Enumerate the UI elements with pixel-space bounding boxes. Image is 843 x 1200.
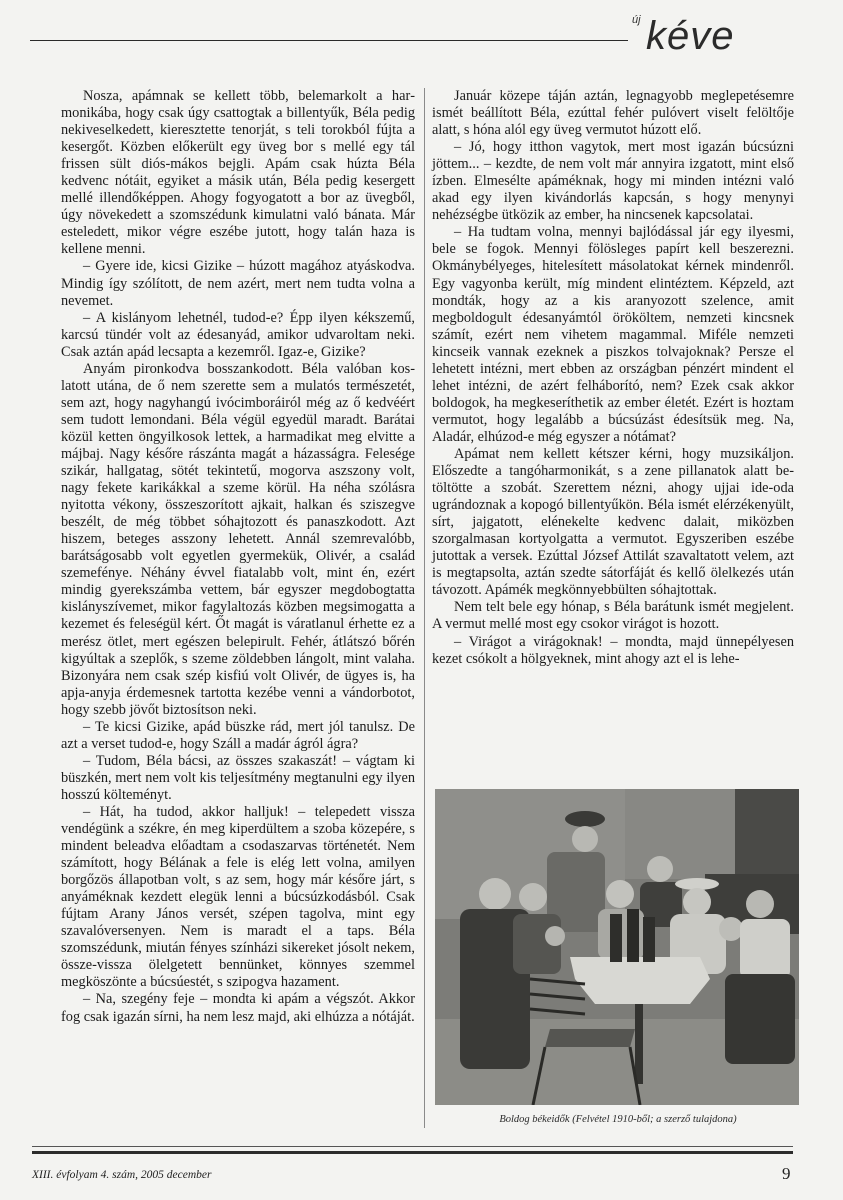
column-divider <box>424 88 425 1128</box>
logo-prefix: új <box>632 14 641 26</box>
paragraph: – Virágot a virágoknak! – mondta, majd ü… <box>432 634 794 668</box>
header-rule <box>30 40 628 41</box>
paragraph: – Na, szegény feje – mondta ki apám a vé… <box>61 991 415 1025</box>
paragraph: – Te kicsi Gizike, apád büszke rád, mert… <box>61 719 415 753</box>
archival-photo <box>435 789 799 1105</box>
paragraph: – Gyere ide, kicsi Gizike – húzott magáh… <box>61 258 415 309</box>
paragraph: Anyám pironkodva bosszankodott. Béla val… <box>61 361 415 719</box>
footer-rule-thin <box>32 1146 793 1147</box>
page-number: 9 <box>782 1164 791 1184</box>
logo-title: kéve <box>646 16 735 56</box>
photo-figure: Boldog békeidők (Felvétel 1910-ből; a sz… <box>434 788 804 1135</box>
paragraph: Január közepe táján aztán, legnagyobb me… <box>432 88 794 139</box>
paragraph: – Tudom, Béla bácsi, az összes szakaszát… <box>61 753 415 804</box>
article-column-right: Január közepe táján aztán, legnagyobb me… <box>432 88 794 668</box>
issue-info: XIII. évfolyam 4. szám, 2005 december <box>32 1169 211 1181</box>
paragraph: – Ha tudtam volna, mennyi bajlódással já… <box>432 224 794 446</box>
photo-illustration <box>435 789 799 1105</box>
paragraph: – A kislányom lehetnél, tudod-e? Épp ily… <box>61 310 415 361</box>
paragraph: – Hát, ha tudod, akkor halljuk! – telepe… <box>61 804 415 992</box>
photo-caption: Boldog békeidők (Felvétel 1910-ből; a sz… <box>434 1114 802 1125</box>
paragraph: Nosza, apámnak se kellett több, belemark… <box>61 88 415 258</box>
article-column-left: Nosza, apámnak se kellett több, belemark… <box>61 88 415 1026</box>
paragraph: – Jó, hogy itthon vagytok, mert most iga… <box>432 139 794 224</box>
footer-rule-thick <box>32 1151 793 1154</box>
paragraph: Apámat nem kellett kétszer kérni, hogy m… <box>432 446 794 599</box>
paragraph: Nem telt bele egy hónap, s Béla barátunk… <box>432 599 794 633</box>
